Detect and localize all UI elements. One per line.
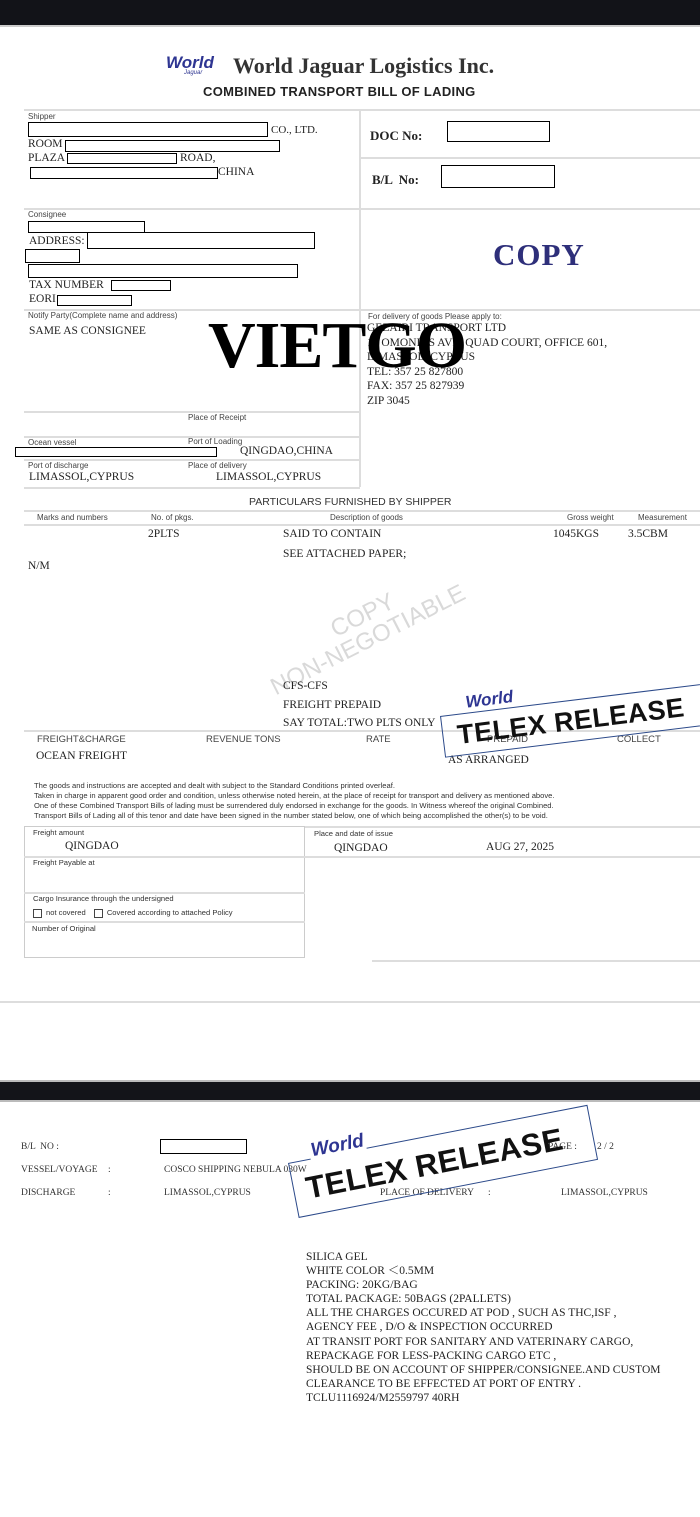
shipper-line4-suffix: CHINA [218, 166, 254, 178]
freight-charge-value: OCEAN FREIGHT [36, 750, 127, 762]
terms-line: CFS-CFS [283, 680, 328, 692]
description-line: CLEARANCE TO BE EFFECTED AT PORT OF ENTR… [306, 1377, 661, 1391]
gross-weight-value: 1045KGS [553, 528, 599, 540]
notify-label: Notify Party(Complete name and address) [28, 311, 177, 320]
page-separator-bar [0, 1080, 700, 1102]
number-original-label: Number of Original [32, 924, 96, 934]
consignee-tax-label: TAX NUMBER [29, 279, 104, 291]
terms-line: SAY TOTAL:TWO PLTS ONLY [283, 717, 435, 729]
divider [360, 157, 700, 159]
company-name: World Jaguar Logistics Inc. [233, 53, 494, 79]
place-of-delivery-value: LIMASSOL,CYPRUS [216, 471, 321, 483]
covered-checkbox[interactable] [94, 909, 103, 918]
p2-discharge-label: DISCHARGE [21, 1188, 75, 1198]
divider [24, 208, 700, 210]
p2-vessel-label: VESSEL/VOYAGE [21, 1165, 98, 1175]
document-title: COMBINED TRANSPORT BILL OF LADING [203, 84, 476, 99]
description-line: WHITE COLOR ＜0.5MM [306, 1264, 661, 1278]
port-of-discharge-value: LIMASSOL,CYPRUS [29, 471, 134, 483]
bl-no-field [441, 165, 555, 188]
redacted-shipper-street [67, 153, 177, 164]
description-line: TCLU1116924/M2559797 40RH [306, 1391, 661, 1405]
redacted-ocean-vessel [15, 447, 217, 457]
freight-amount-label: Freight amount [33, 828, 84, 838]
place-of-receipt-label: Place of Receipt [188, 413, 246, 422]
copy-stamp: COPY [493, 237, 585, 273]
bl-no-label: B/L No: [372, 172, 419, 188]
insurance-label: Cargo Insurance through the undersigned [33, 894, 174, 904]
description-line: REPACKAGE FOR LESS-PACKING CARGO ETC , [306, 1349, 661, 1363]
terms-line: One of these Combined Transport Bills of… [34, 801, 555, 811]
p2-bl-no-field [160, 1139, 247, 1154]
terms-line: FREIGHT PREPAID [283, 699, 381, 711]
redacted-consignee-address [87, 232, 315, 249]
agent-line: ZIP 3045 [367, 394, 607, 409]
date-of-issue: AUG 27, 2025 [486, 841, 554, 853]
stamp-logo: World [307, 1131, 367, 1161]
redacted-shipper-name [28, 122, 268, 137]
col-pkgs: No. of pkgs. [151, 513, 194, 522]
port-of-loading-value: QINGDAO,CHINA [240, 445, 333, 457]
redacted-eori [57, 295, 132, 306]
p2-vessel-value: COSCO SHIPPING NEBULA 030W [164, 1165, 307, 1175]
shipper-line2-prefix: ROOM [28, 138, 63, 150]
description-line: SILICA GEL [306, 1250, 661, 1264]
p2-bl-no-label: B/L NO : [21, 1142, 59, 1152]
particulars-title: PARTICULARS FURNISHED BY SHIPPER [249, 496, 451, 508]
colon: : [488, 1188, 491, 1198]
col-rate: RATE [366, 734, 391, 745]
measurement-value: 3.5CBM [628, 528, 668, 540]
freight-payable-label: Freight Payable at [33, 858, 95, 868]
colon: : [108, 1188, 111, 1198]
divider [24, 109, 700, 111]
divider [24, 921, 305, 923]
redacted-shipper-city [30, 167, 218, 179]
col-freight-charge: FREIGHT&CHARGE [37, 734, 126, 745]
col-description: Description of goods [330, 513, 403, 522]
packages-value: 2PLTS [148, 528, 180, 540]
col-revenue-tons: REVENUE TONS [206, 734, 281, 745]
shipper-label: Shipper [28, 112, 56, 121]
consignee-label: Consignee [28, 210, 66, 219]
description-line: AGENCY FEE , D/O & INSPECTION OCCURRED [306, 1320, 661, 1334]
divider [24, 510, 700, 512]
telex-release-stamp-page2: World TELEX RELEASE [288, 1105, 598, 1218]
terms-line: Transport Bills of Lading all of this te… [34, 811, 555, 821]
not-covered-label: not covered [46, 908, 86, 917]
divider [24, 856, 700, 858]
p2-description: SILICA GEL WHITE COLOR ＜0.5MM PACKING: 2… [306, 1250, 661, 1405]
description-line: PACKING: 20KG/BAG [306, 1278, 661, 1292]
doc-no-label: DOC No: [370, 128, 422, 144]
divider [24, 487, 360, 489]
p2-discharge-value: LIMASSOL,CYPRUS [164, 1188, 251, 1198]
col-marks: Marks and numbers [37, 513, 108, 522]
top-bar [0, 0, 700, 27]
place-of-issue: QINGDAO [334, 842, 388, 854]
place-date-label: Place and date of issue [314, 829, 393, 839]
colon: : [108, 1165, 111, 1175]
description-line: ALL THE CHARGES OCCURED AT POD , SUCH AS… [306, 1306, 661, 1320]
insurance-options: not covered Covered according to attache… [33, 908, 233, 918]
divider [24, 524, 700, 526]
marks-value: N/M [28, 560, 50, 572]
redacted-shipper-room [65, 140, 280, 152]
shipper-line3-prefix: PLAZA [28, 152, 65, 164]
description-line: AT TRANSIT PORT FOR SANITARY AND VATERIN… [306, 1335, 661, 1349]
port-of-loading-label: Port of Loading [188, 437, 242, 446]
doc-no-field [447, 121, 550, 142]
col-measurement: Measurement [638, 513, 687, 522]
divider [305, 826, 700, 828]
stamp-logo: World [462, 688, 516, 711]
page-divider [0, 1001, 700, 1003]
shipper-line3-suffix: ROAD, [180, 152, 215, 164]
vietgo-watermark: VIETGO [208, 308, 466, 384]
company-logo: World Jaguar [166, 54, 214, 76]
p2-delivery-value: LIMASSOL,CYPRUS [561, 1188, 648, 1198]
divider [359, 109, 361, 487]
redacted-consignee-address2 [25, 249, 80, 263]
description-line: SAID TO CONTAIN [283, 528, 381, 540]
col-gross-weight: Gross weight [567, 513, 614, 522]
notify-value: SAME AS CONSIGNEE [29, 325, 146, 337]
consignee-eori-label: EORI [29, 293, 56, 305]
ocean-vessel-label: Ocean vessel [28, 438, 76, 447]
description-line: TOTAL PACKAGE: 50BAGS (2PALLETS) [306, 1292, 661, 1306]
port-of-discharge-label: Port of discharge [28, 461, 88, 470]
divider [372, 960, 700, 962]
terms-line: The goods and instructions are accepted … [34, 781, 555, 791]
consignee-address-label: ADDRESS: [29, 235, 85, 247]
covered-label: Covered according to attached Policy [107, 908, 233, 917]
not-covered-checkbox[interactable] [33, 909, 42, 918]
description-line: SHOULD BE ON ACCOUNT OF SHIPPER/CONSIGNE… [306, 1363, 661, 1377]
redacted-consignee-address3 [28, 264, 298, 278]
redacted-tax-number [111, 280, 171, 291]
place-of-delivery-label: Place of delivery [188, 461, 247, 470]
freight-amount-value: QINGDAO [65, 840, 119, 852]
shipper-line1-suffix: CO., LTD. [271, 124, 318, 136]
terms-line: Taken in charge in apparent good order a… [34, 791, 555, 801]
description-line: SEE ATTACHED PAPER; [283, 548, 406, 560]
p2-page-value: 2 / 2 [597, 1142, 614, 1152]
telex-release-stamp: World TELEX RELEASE [440, 682, 700, 758]
terms-block: The goods and instructions are accepted … [34, 781, 555, 821]
logo-mark: World [166, 54, 214, 71]
